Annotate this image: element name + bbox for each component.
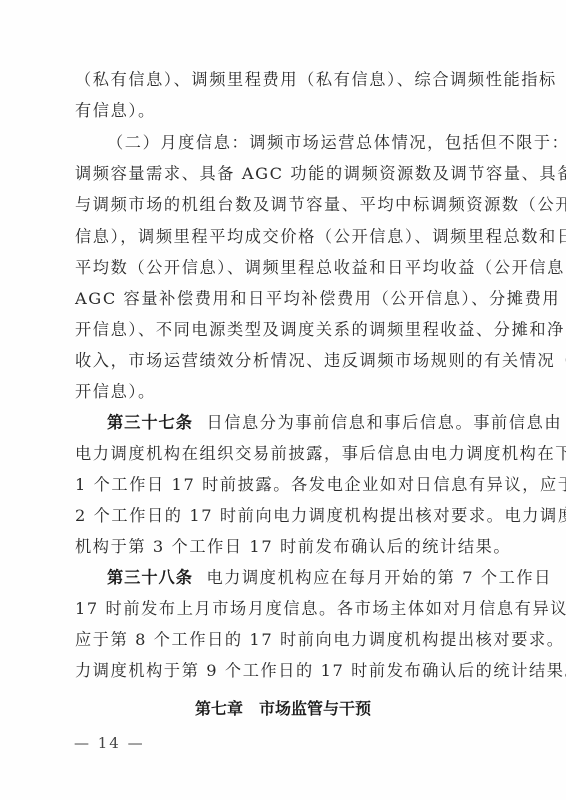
article-37-text: 日信息分为事前信息和事后信息。事前信息由 [206,413,562,432]
text-line: 信息），调频里程平均成交价格（公开信息）、调频里程总数和日 [75,227,493,247]
article-37-title: 第三十七条 [107,413,193,432]
article-37-first-line: 第三十七条 日信息分为事前信息和事后信息。事前信息由 [107,413,493,433]
text-line: （私有信息）、调频里程费用（私有信息）、综合调频性能指标（私 [75,70,493,90]
text-line: （二）月度信息：调频市场运营总体情况，包括但不限于： [107,133,493,153]
text-line: AGC 容量补偿费用和日平均补偿费用（公开信息）、分摊费用（公 [75,289,493,309]
text-line: 1 个工作日 17 时前披露。各发电企业如对日信息有异议，应于第 [75,475,493,495]
article-38-first-line: 第三十八条 电力调度机构应在每月开始的第 7 个工作日 [107,568,493,588]
text-line: 与调频市场的机组台数及调节容量、平均中标调频资源数（公开 [75,195,493,215]
text-line: 开信息）。 [75,382,493,402]
article-38-text: 电力调度机构应在每月开始的第 7 个工作日 [206,568,552,587]
document-page: （私有信息）、调频里程费用（私有信息）、综合调频性能指标（私 有信息）。 （二）… [0,0,566,800]
text-line: 应于第 8 个工作日的 17 时前向电力调度机构提出核对要求。电 [75,630,493,650]
text-line: 有信息）。 [75,101,493,121]
chapter-title: 市场监管与干预 [259,699,371,718]
text-line: 平均数（公开信息）、调频里程总收益和日平均收益（公开信息）、 [75,258,493,278]
text-line: 收入，市场运营绩效分析情况、违反调频市场规则的有关情况（公 [75,351,493,371]
text-line: 力调度机构于第 9 个工作日的 17 时前发布确认后的统计结果。 [75,661,493,681]
article-38-title: 第三十八条 [107,568,193,587]
chapter-heading: 第七章市场监管与干预 [0,696,566,719]
page-number: — 14 — [74,734,145,752]
text-line: 电力调度机构在组织交易前披露，事后信息由电力调度机构在下 [75,444,493,464]
chapter-number: 第七章 [195,699,243,718]
text-line: 17 时前发布上月市场月度信息。各市场主体如对月信息有异议， [75,599,493,619]
text-line: 开信息）、不同电源类型及调度关系的调频里程收益、分摊和净 [75,320,493,340]
text-line: 2 个工作日的 17 时前向电力调度机构提出核对要求。电力调度 [75,506,493,526]
text-line: 机构于第 3 个工作日 17 时前发布确认后的统计结果。 [75,537,493,557]
text-line: 调频容量需求、具备 AGC 功能的调频资源数及调节容量、具备参 [75,164,493,184]
